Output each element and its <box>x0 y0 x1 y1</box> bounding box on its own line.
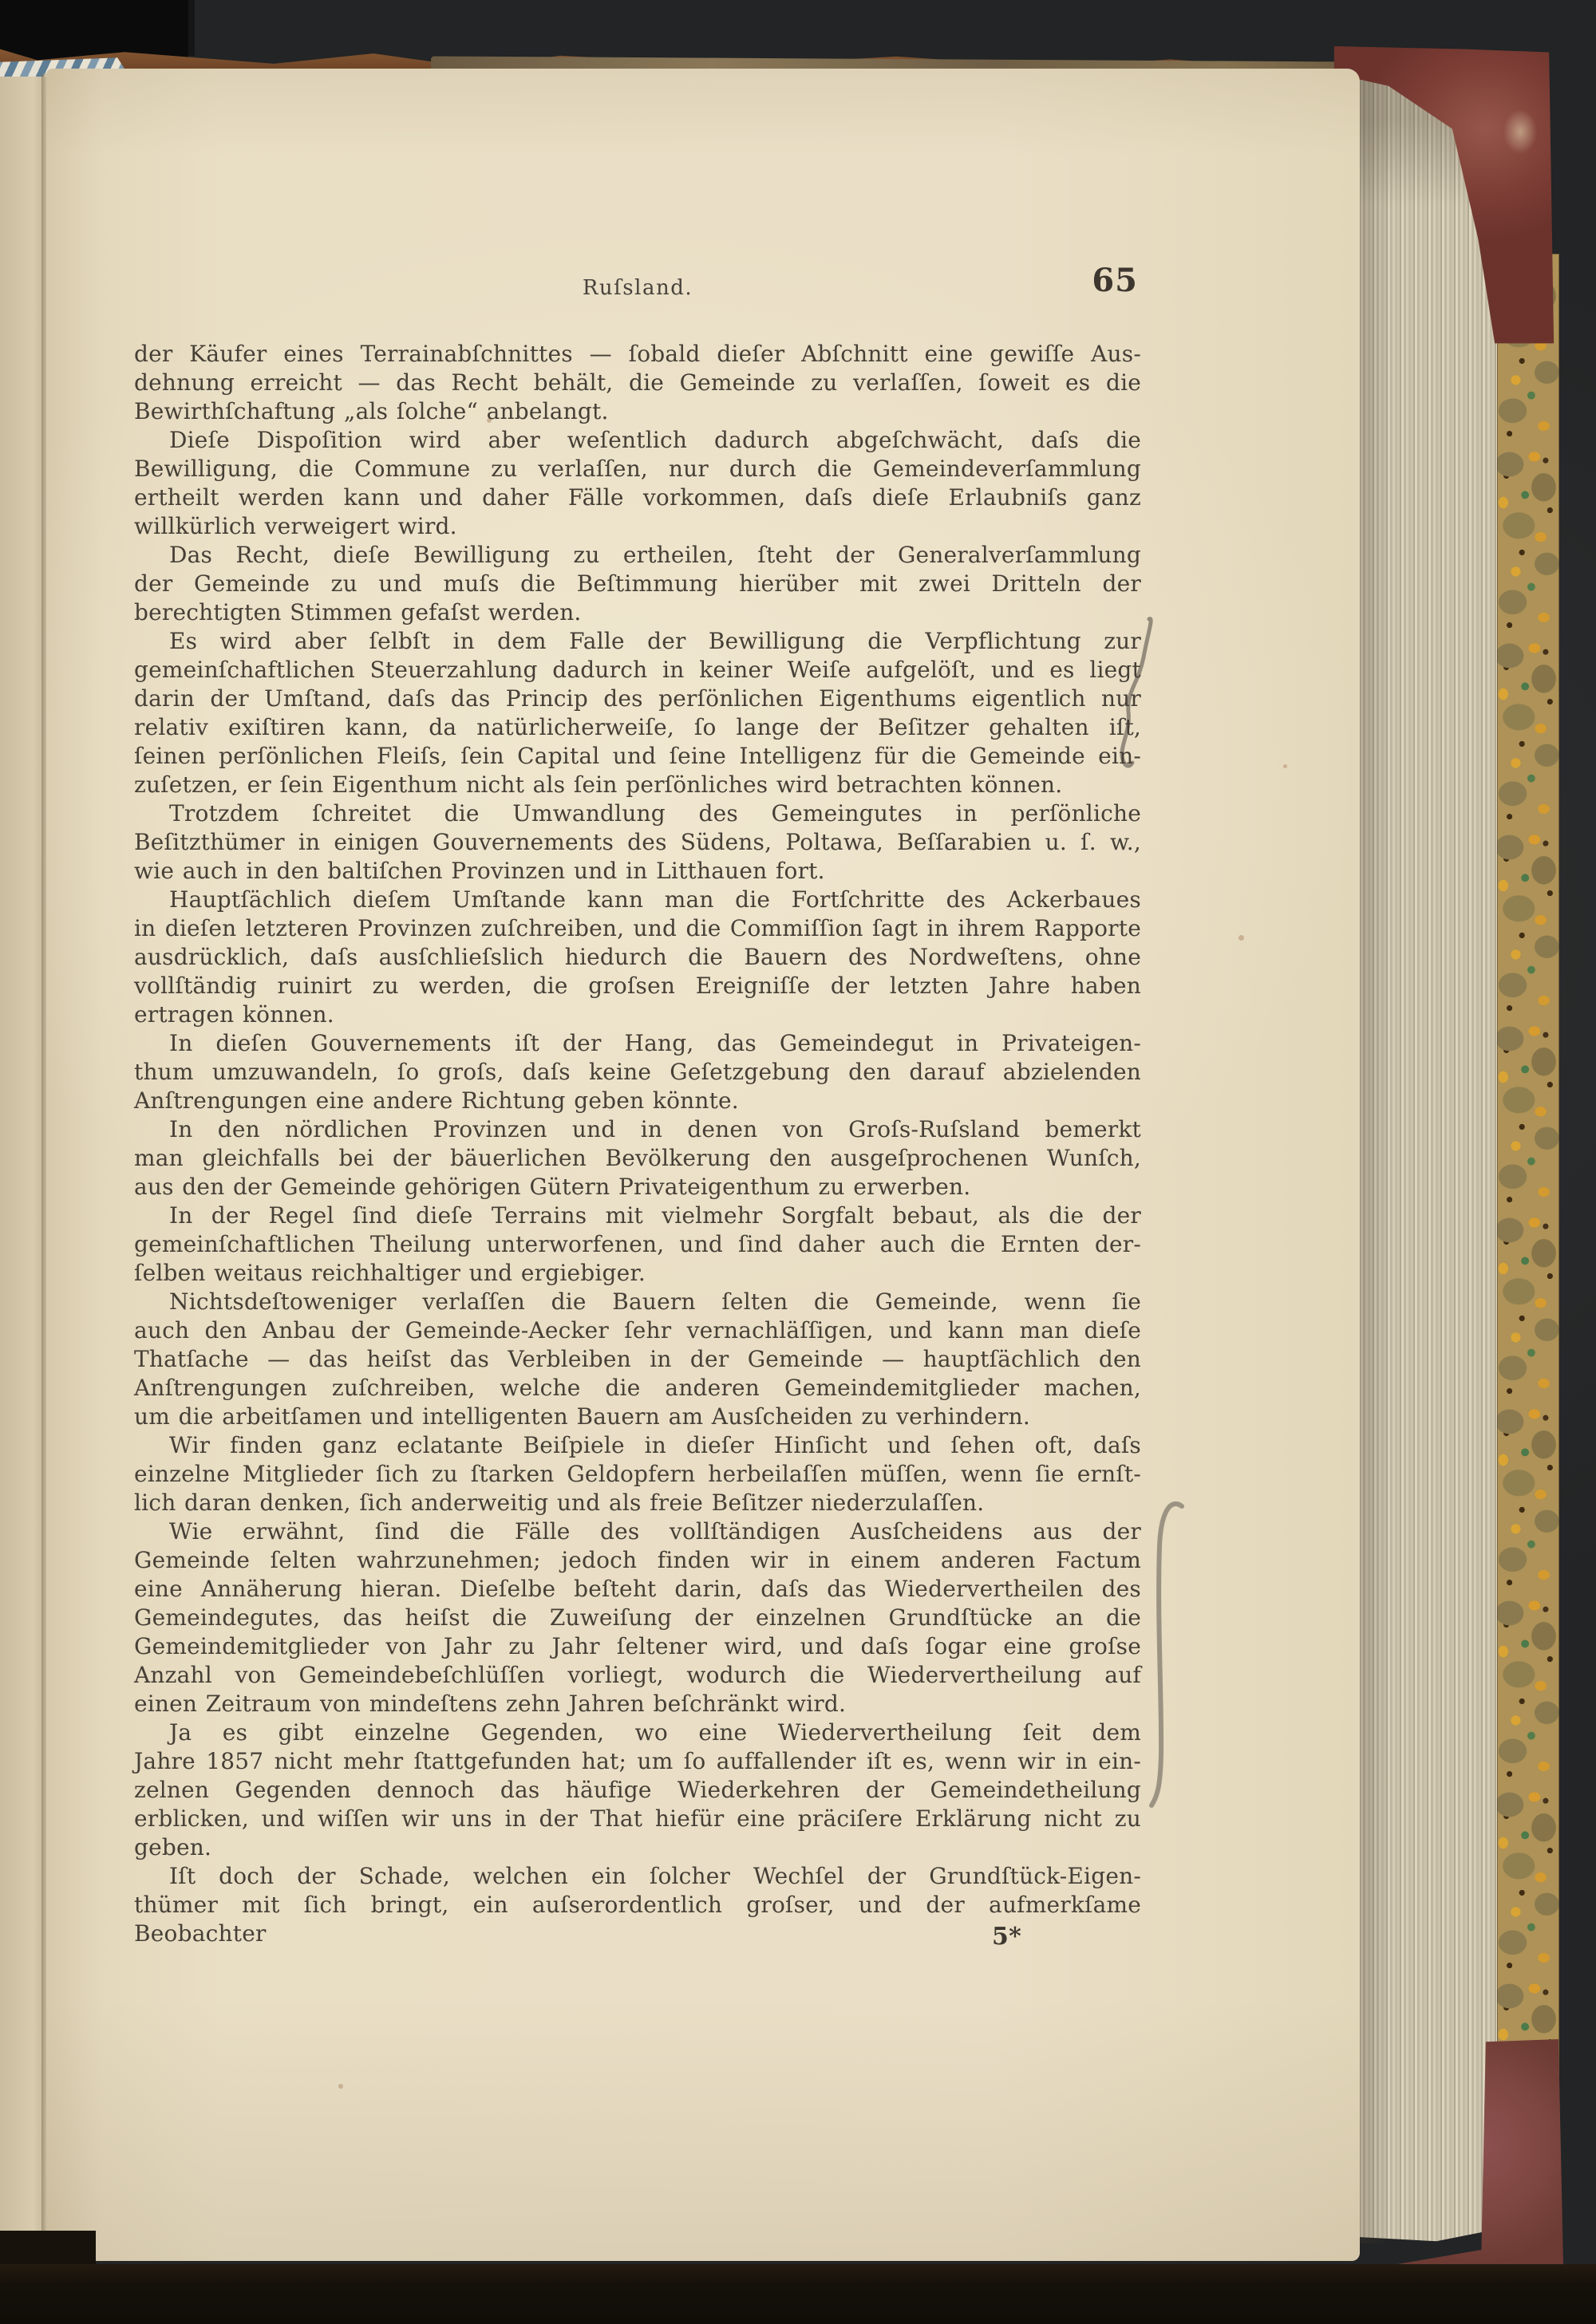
signature-mark: 5* <box>134 1923 1141 1951</box>
text-line: Gemeinde ſelten wahrzunehmen; jedoch fin… <box>134 1546 1141 1575</box>
paragraph: Wir finden ganz eclatante Beiſpiele in d… <box>134 1431 1141 1517</box>
text-line: der Gemeinde zu und muſs die Beſtimmung … <box>134 570 1141 598</box>
paragraph: Das Recht, dieſe Bewilligung zu ertheile… <box>134 541 1141 627</box>
leather-wear-patch <box>1492 96 1548 168</box>
text-line: Hauptſächlich dieſem Umſtande kann man d… <box>134 886 1141 914</box>
foxing-spot <box>1283 764 1287 768</box>
text-line: Wie erwähnt, ſind die Fälle des vollſtän… <box>134 1517 1141 1546</box>
text-line: erblicken, und wiſſen wir uns in der Tha… <box>134 1805 1141 1833</box>
text-line: Gemeindemitglieder von Jahr zu Jahr ſelt… <box>134 1632 1141 1661</box>
text-line: Anſtrengungen eine andere Richtung geben… <box>134 1087 1141 1115</box>
text-line: In der Regel ſind dieſe Terrains mit vie… <box>134 1201 1141 1230</box>
text-line: Iſt doch der Schade, welchen ein ſolcher… <box>134 1862 1141 1891</box>
text-line: berechtigten Stimmen gefaſst werden. <box>134 598 1141 627</box>
paragraph: der Käufer eines Terrainabſchnittes — ſo… <box>134 340 1141 426</box>
text-line: ausdrücklich, daſs ausſchlieſslich hiedu… <box>134 943 1141 972</box>
text-line: ſelben weitaus reichhaltiger und ergiebi… <box>134 1259 1141 1288</box>
paragraph: In dieſen Gouvernements iſt der Hang, da… <box>134 1029 1141 1115</box>
page-number: 65 <box>1092 262 1138 299</box>
text-line: Dieſe Dispoſition wird aber weſentlich d… <box>134 426 1141 455</box>
text-line: Bewirthſchaftung „als ſolche“ anbelangt. <box>134 397 1141 426</box>
text-line: Bewilligung, die Commune zu verlaſſen, n… <box>134 455 1141 483</box>
text-line: Anzahl von Gemeindebeſchlüſſen vorliegt,… <box>134 1661 1141 1690</box>
text-line: wie auch in den baltiſchen Provinzen und… <box>134 857 1141 886</box>
scanner-edge-shadow <box>0 0 188 61</box>
previous-page-sliver <box>0 77 48 2234</box>
text-line: einen Zeitraum von mindeſtens zehn Jahre… <box>134 1690 1141 1718</box>
text-line: vollſtändig ruinirt zu werden, die groſs… <box>134 972 1141 1000</box>
text-line: gemeinſchaftlichen Steuerzahlung dadurch… <box>134 656 1141 685</box>
text-line: Wir finden ganz eclatante Beiſpiele in d… <box>134 1431 1141 1460</box>
text-line: der Käufer eines Terrainabſchnittes — ſo… <box>134 340 1141 369</box>
text-line: ſeinen perſönlichen Fleiſs, ſein Capital… <box>134 742 1141 771</box>
text-line: dehnung erreicht — das Recht behält, die… <box>134 369 1141 397</box>
text-line: Nichtsdeſtoweniger verlaſſen die Bauern … <box>134 1288 1141 1316</box>
fore-edge-shading <box>1357 77 1502 2243</box>
paragraphs: der Käufer eines Terrainabſchnittes — ſo… <box>134 340 1141 1951</box>
bottom-scanner-band <box>0 2264 1596 2324</box>
paragraph: Ja es gibt einzelne Gegenden, wo eine Wi… <box>134 1718 1141 1862</box>
paragraph: Nichtsdeſtoweniger verlaſſen die Bauern … <box>134 1288 1141 1431</box>
text-line: In dieſen Gouvernements iſt der Hang, da… <box>134 1029 1141 1058</box>
paragraph: Wie erwähnt, ſind die Fälle des vollſtän… <box>134 1517 1141 1718</box>
paragraph: Iſt doch der Schade, welchen ein ſolcher… <box>134 1862 1141 1920</box>
text-line: eine Annäherung hieran. Dieſelbe beſteht… <box>134 1575 1141 1604</box>
paragraph: Trotzdem ſchreitet die Umwandlung des Ge… <box>134 799 1141 886</box>
scanned-book-photo: Ruſsland. 65 der Käufer eines Terrainabſ… <box>0 0 1596 2324</box>
text-line: Es wird aber ſelbſt in dem Falle der Bew… <box>134 627 1141 656</box>
text-line: aus den der Gemeinde gehörigen Gütern Pr… <box>134 1173 1141 1201</box>
text-line: man gleichfalls bei der bäuerlichen Bevö… <box>134 1144 1141 1173</box>
foxing-spot <box>338 2084 343 2089</box>
text-line: einzelne Mitglieder ſich zu ſtarken Geld… <box>134 1460 1141 1489</box>
paragraph: Dieſe Dispoſition wird aber weſentlich d… <box>134 426 1141 541</box>
text-line: thum umzuwandeln, ſo groſs, daſs keine G… <box>134 1058 1141 1087</box>
text-line: Trotzdem ſchreitet die Umwandlung des Ge… <box>134 799 1141 828</box>
text-line: Gemeindegutes, das heiſst die Zuweiſung … <box>134 1604 1141 1632</box>
foxing-spot <box>1238 935 1244 941</box>
text-line: thümer mit ſich bringt, ein auſserordent… <box>134 1891 1141 1920</box>
scanner-edge-shadow-line <box>188 0 195 56</box>
text-line: In den nördlichen Provinzen und in denen… <box>134 1115 1141 1144</box>
text-line: ertheilt werden kann und daher Fälle vor… <box>134 483 1141 512</box>
text-line: relativ exiſtiren kann, da natürlicherwe… <box>134 713 1141 742</box>
text-line: willkürlich verweigert wird. <box>134 512 1141 541</box>
running-head: Ruſsland. <box>134 276 1141 300</box>
text-line: um die arbeitſamen und intelligenten Bau… <box>134 1403 1141 1431</box>
paragraph: Hauptſächlich dieſem Umſtande kann man d… <box>134 886 1141 1029</box>
text-line: auch den Anbau der Gemeinde-Aecker ſehr … <box>134 1316 1141 1345</box>
text-line: zelnen Gegenden dennoch das häufige Wied… <box>134 1776 1141 1805</box>
text-line: Beſitzthümer in einigen Gouvernements de… <box>134 828 1141 857</box>
text-line: darin der Umſtand, daſs das Princip des … <box>134 685 1141 713</box>
text-line: Das Recht, dieſe Bewilligung zu ertheile… <box>134 541 1141 570</box>
text-line: Ja es gibt einzelne Gegenden, wo eine Wi… <box>134 1718 1141 1747</box>
text-line: Jahre 1857 nicht mehr ſtattgefunden hat;… <box>134 1747 1141 1776</box>
text-line: lich daran denken, ſich anderweitig und … <box>134 1489 1141 1517</box>
text-line: Anſtrengungen zuſchreiben, welche die an… <box>134 1374 1141 1403</box>
text-line: gemeinſchaftlichen Theilung unterworfene… <box>134 1230 1141 1259</box>
paragraph: Es wird aber ſelbſt in dem Falle der Bew… <box>134 627 1141 799</box>
text-line: geben. <box>134 1833 1141 1862</box>
text-line: Thatſache — das heiſst das Verbleiben in… <box>134 1345 1141 1374</box>
paragraph: In den nördlichen Provinzen und in denen… <box>134 1115 1141 1201</box>
text-line: in dieſen letzteren Provinzen zuſchreibe… <box>134 914 1141 943</box>
text-line: ertragen können. <box>134 1000 1141 1029</box>
paragraph: In der Regel ſind dieſe Terrains mit vie… <box>134 1201 1141 1288</box>
text-line: zuſetzen, er ſein Eigenthum nicht als ſe… <box>134 771 1141 799</box>
marbled-board-strip <box>1497 254 1559 2113</box>
